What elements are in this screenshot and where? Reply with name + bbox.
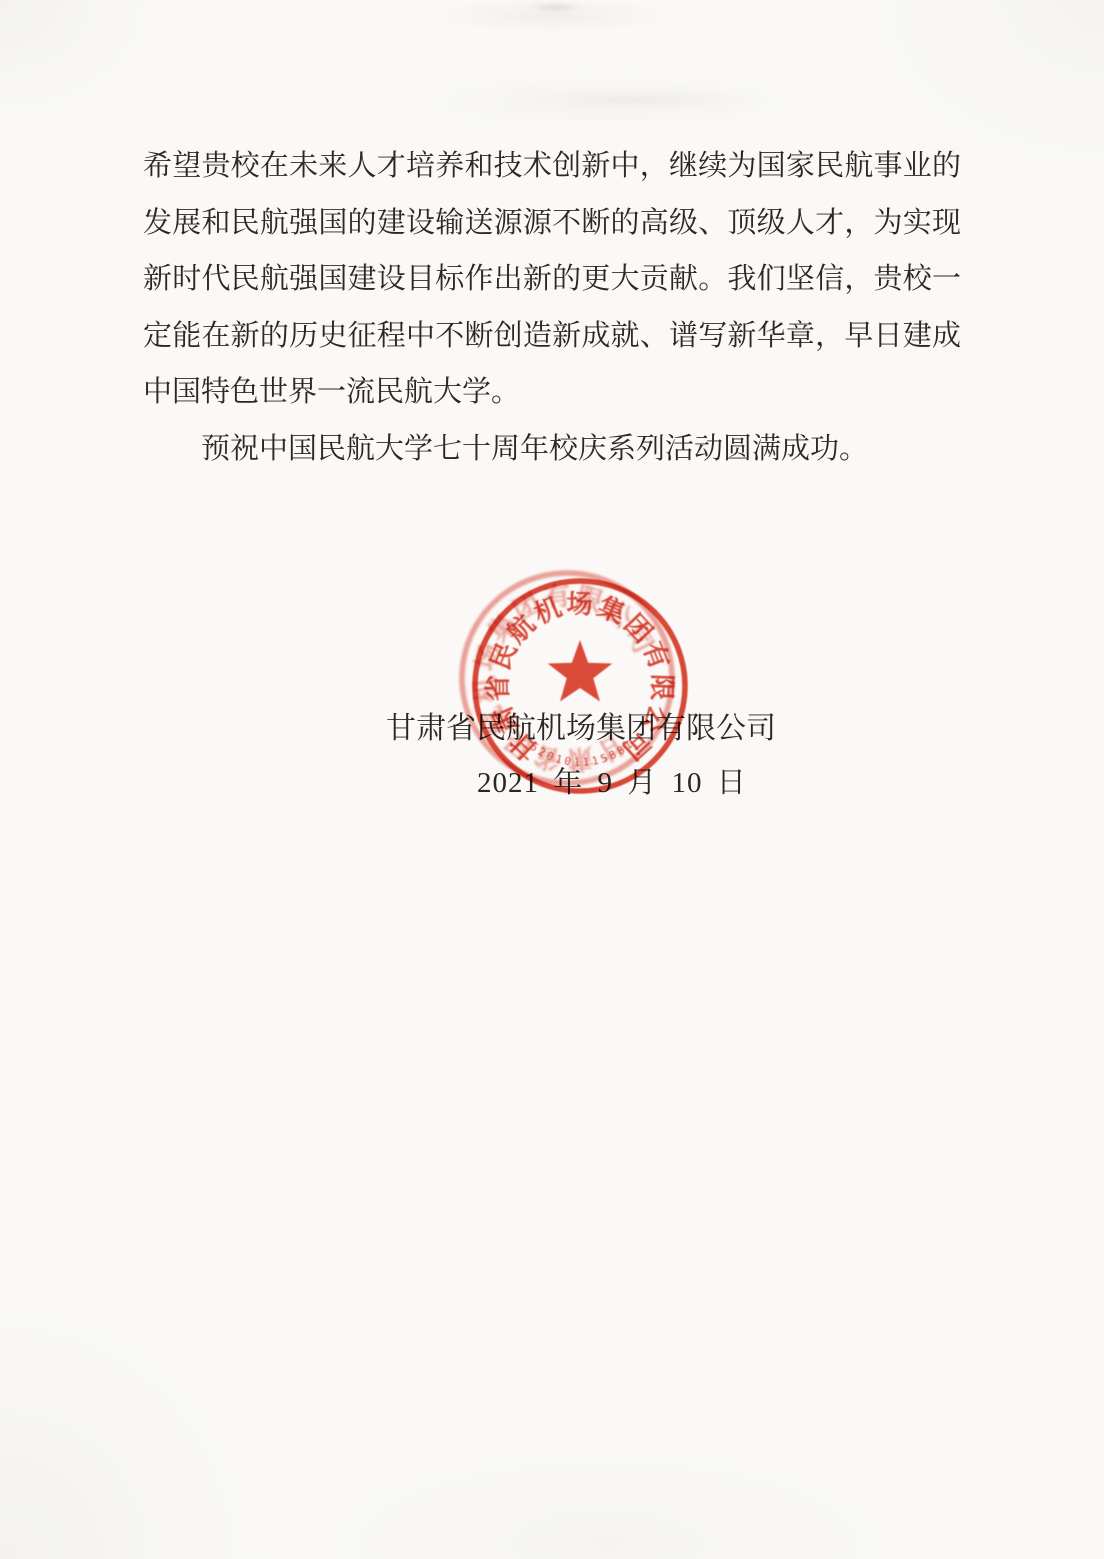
seal-ghost-company-text: 甘肃省民航机场集团有限公司	[448, 559, 671, 793]
body-line-5: 中国特色世界一流民航大学。	[143, 364, 961, 421]
scan-smudge-top	[528, 2, 584, 12]
body-line-3: 新时代民航强国建设目标作出新的更大贡献。我们坚信，贵校一	[143, 251, 961, 308]
signature-company-name: 甘肃省民航机场集团有限公司	[386, 703, 776, 747]
star-icon	[548, 640, 613, 702]
body-line-2: 发展和民航强国的建设输送源源不断的高级、顶级人才，为实现	[143, 195, 961, 252]
scan-streak-artifact	[540, 92, 760, 106]
body-line-wish: 预祝中国民航大学七十周年校庆系列活动圆满成功。	[143, 421, 961, 478]
body-line-4: 定能在新的历史征程中不断创造新成就、谱写新华章，早日建成	[143, 308, 961, 365]
scanned-letter-page: 希望贵校在未来人才培养和技术创新中，继续为国家民航事业的 发展和民航强国的建设输…	[0, 0, 1104, 1559]
svg-text:甘肃省民航机场集团有限公司: 甘肃省民航机场集团有限公司	[448, 559, 671, 793]
signature-date: 2021 年 9 月 10 日	[477, 760, 747, 801]
letter-body: 希望贵校在未来人才培养和技术创新中，继续为国家民航事业的 发展和民航强国的建设输…	[143, 138, 961, 477]
body-line-1: 希望贵校在未来人才培养和技术创新中，继续为国家民航事业的	[143, 138, 961, 195]
